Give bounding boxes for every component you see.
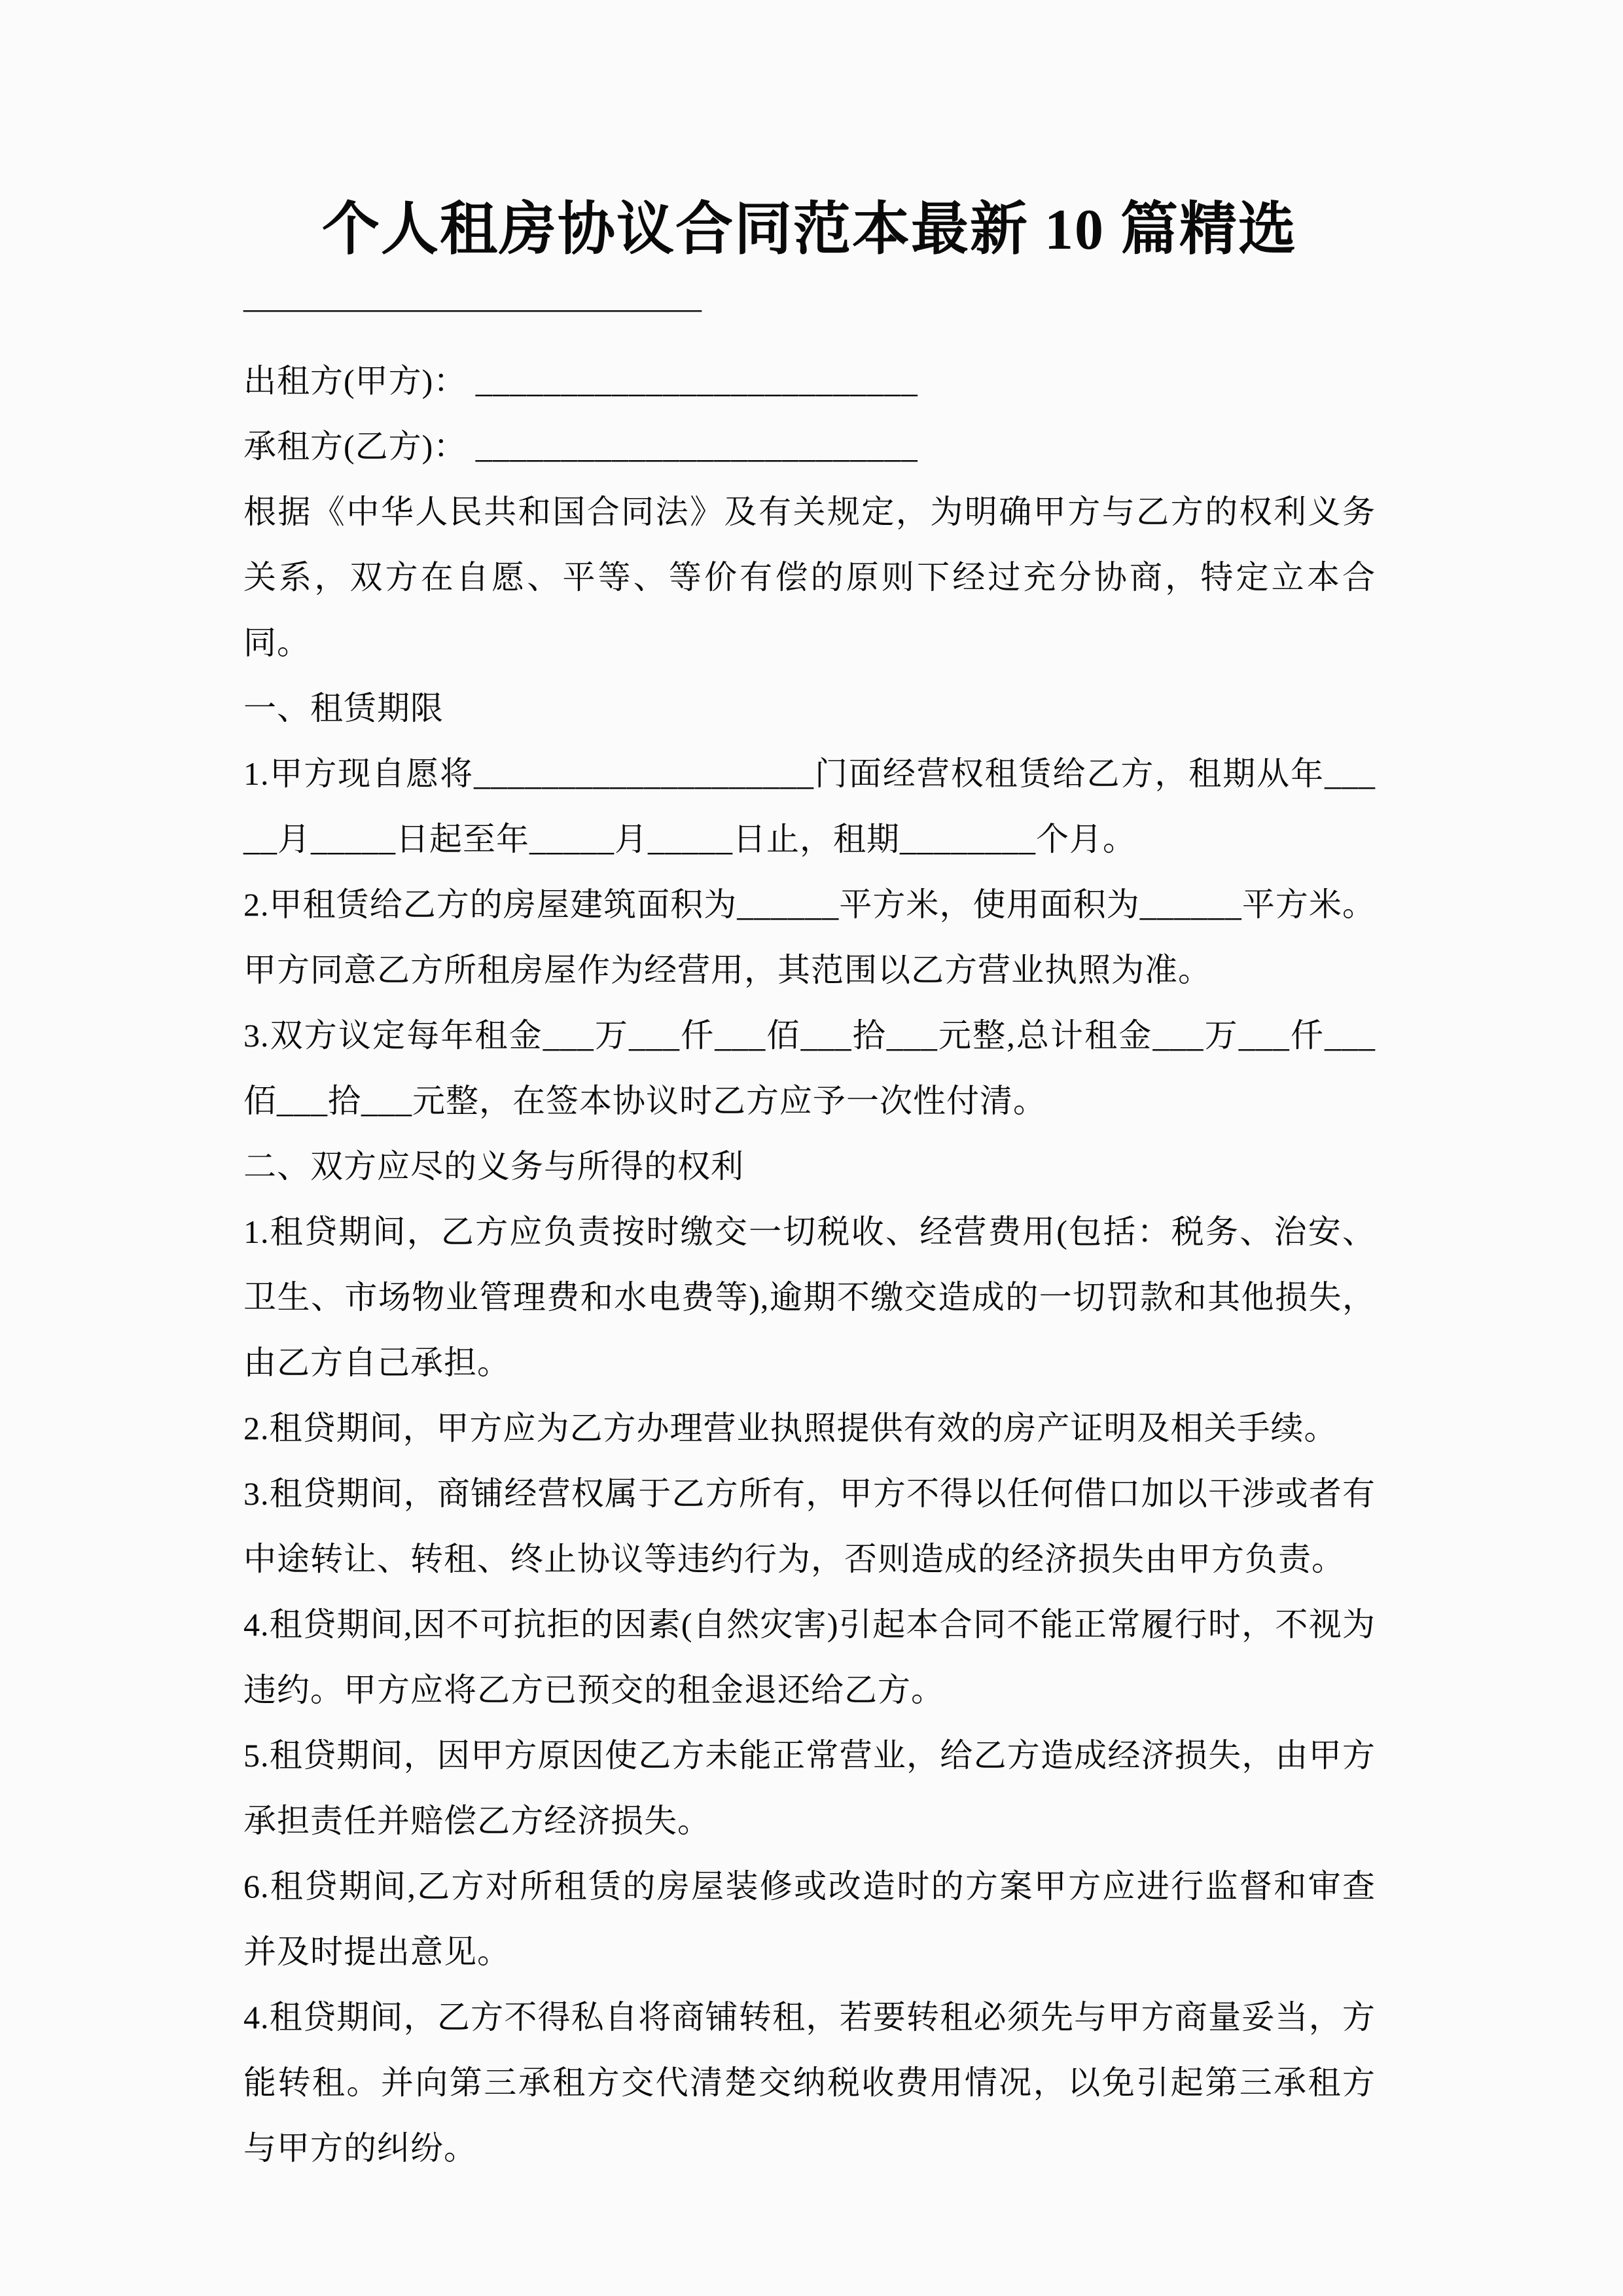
clause-2-7: 4.租贷期间，乙方不得私自将商铺转租，若要转租必须先与甲方商量妥当，方能转租。并…	[243, 1984, 1376, 2181]
clause-1-3: 3.双方议定每年租金___万___仟___佰___拾___元整,总计租金___万…	[243, 1003, 1376, 1134]
preamble-paragraph: 根据《中华人民共和国合同法》及有关规定，为明确甲方与乙方的权利义务关系，双方在自…	[243, 479, 1376, 675]
title-divider-line: ——————————————	[243, 275, 1376, 340]
section-one-heading: 一、租赁期限	[243, 675, 1376, 741]
lessor-party-line: 出租方(甲方)： __________________________	[243, 348, 1376, 414]
clause-1-1: 1.甲方现自愿将____________________门面经营权租赁给乙方，租…	[243, 741, 1376, 872]
clause-2-4: 4.租贷期间,因不可抗拒的因素(自然灾害)引起本合同不能正常履行时，不视为违约。…	[243, 1592, 1376, 1723]
clause-2-5: 5.租贷期间，因甲方原因使乙方未能正常营业，给乙方造成经济损失，由甲方承担责任并…	[243, 1723, 1376, 1854]
lessee-party-line: 承租方(乙方)： __________________________	[243, 414, 1376, 479]
clause-2-2: 2.租贷期间，甲方应为乙方办理营业执照提供有效的房产证明及相关手续。	[243, 1395, 1376, 1461]
document-page: 个人租房协议合同范本最新 10 篇精选 —————————————— 出租方(甲…	[0, 0, 1623, 2296]
clause-1-2: 2.甲租赁给乙方的房屋建筑面积为______平方米，使用面积为______平方米…	[243, 872, 1376, 1003]
document-body: 出租方(甲方)： __________________________ 承租方(…	[243, 348, 1376, 2181]
clause-2-1: 1.租贷期间，乙方应负责按时缴交一切税收、经营费用(包括：税务、治安、卫生、市场…	[243, 1199, 1376, 1395]
document-title: 个人租房协议合同范本最新 10 篇精选	[243, 191, 1376, 270]
clause-2-3: 3.租贷期间，商铺经营权属于乙方所有，甲方不得以任何借口加以干涉或者有中途转让、…	[243, 1461, 1376, 1592]
section-two-heading: 二、双方应尽的义务与所得的权利	[243, 1134, 1376, 1199]
clause-2-6: 6.租贷期间,乙方对所租赁的房屋装修或改造时的方案甲方应进行监督和审查并及时提出…	[243, 1854, 1376, 1984]
